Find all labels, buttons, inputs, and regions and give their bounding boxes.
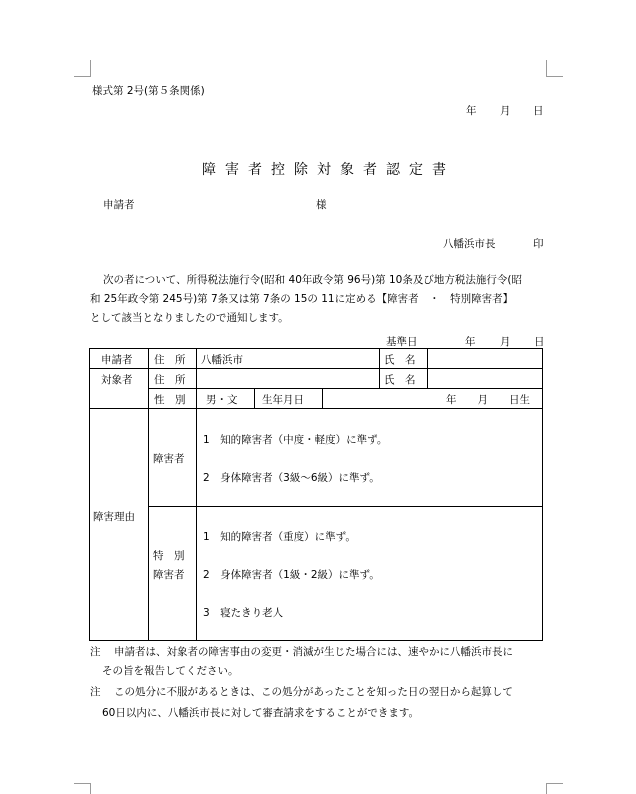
seal-label: 印 xyxy=(533,236,544,251)
birthdate-field[interactable]: 年 月 日生 xyxy=(446,392,530,407)
note-1-line-1: 申請者は、対象者の障害事由の変更・消滅が生じた場合には、速やかに八幡浜市長に xyxy=(114,644,513,659)
reference-date-month: 月 xyxy=(500,334,511,349)
subject-name-label: 氏 名 xyxy=(384,372,416,387)
addressee-honorific: 様 xyxy=(316,197,327,212)
reference-date-year: 年 xyxy=(465,334,476,349)
special-option-3[interactable]: 3 寝たきり老人 xyxy=(203,605,283,620)
note-2-prefix: 注 xyxy=(90,684,101,699)
special-label-line1: 特 別 xyxy=(153,548,185,563)
subject-address-field[interactable] xyxy=(201,372,376,386)
disabled-label: 障害者 xyxy=(153,451,185,466)
issue-date-month: 月 xyxy=(500,103,511,118)
subject-address-label: 住 所 xyxy=(154,372,186,387)
special-option-2[interactable]: 2 身体障害者（1級・2級）に準ず。 xyxy=(203,567,380,582)
special-option-1[interactable]: 1 知的障害者（重度）に準ず。 xyxy=(203,529,356,544)
issuer-name: 八幡浜市長 xyxy=(443,236,496,251)
form-number: 様式第 2号(第５条関係) xyxy=(92,83,205,98)
body-line-2: 和 25年政令第 245号)第 7条又は第 7条の 15の 11に定める【障害者… xyxy=(90,290,513,309)
addressee-label: 申請者 xyxy=(103,197,135,212)
note-1-prefix: 注 xyxy=(90,644,101,659)
applicant-address-label: 住 所 xyxy=(154,352,186,367)
note-2-line-1: この処分に不服があるときは、この処分があったことを知った日の翌日から起算して xyxy=(114,684,513,699)
special-label-line2: 障害者 xyxy=(153,567,185,582)
subject-name-field[interactable] xyxy=(432,372,538,386)
note-2-line-2: 60日以内に、八幡浜市長に対して審査請求をすることができます。 xyxy=(102,705,419,720)
reference-date-day: 日 xyxy=(534,334,545,349)
sex-label: 性 別 xyxy=(154,392,186,407)
document-title: 障害者控除対象者認定書 xyxy=(202,159,455,179)
sex-options[interactable]: 男・文 xyxy=(206,392,238,407)
body-line-3: として該当となりましたので通知します。 xyxy=(90,309,289,328)
reason-label: 障害理由 xyxy=(93,509,135,524)
applicant-name-field[interactable] xyxy=(432,352,538,366)
disabled-option-1[interactable]: 1 知的障害者（中度・軽度）に準ず。 xyxy=(203,432,387,447)
crop-mark-top-left xyxy=(74,60,91,77)
body-line-1: 次の者について、所得税法施行令(昭和 40年政令第 96号)第 10条及び地方税… xyxy=(103,271,522,290)
crop-mark-bottom-left xyxy=(74,783,91,794)
crop-mark-top-right xyxy=(546,60,563,77)
disabled-option-2[interactable]: 2 身体障害者（3級～6級）に準ず。 xyxy=(203,470,380,485)
applicant-label: 申請者 xyxy=(101,352,133,367)
issue-date-year: 年 xyxy=(466,103,477,118)
subject-label: 対象者 xyxy=(101,372,133,387)
reference-date-label: 基準日 xyxy=(386,334,418,349)
applicant-name-label: 氏 名 xyxy=(384,352,416,367)
issue-date-day: 日 xyxy=(533,103,544,118)
crop-mark-bottom-right xyxy=(546,783,563,794)
note-1-line-2: その旨を報告してください。 xyxy=(102,663,239,678)
applicant-address-field[interactable]: 八幡浜市 xyxy=(201,352,243,367)
birthdate-label: 生年月日 xyxy=(262,392,304,407)
